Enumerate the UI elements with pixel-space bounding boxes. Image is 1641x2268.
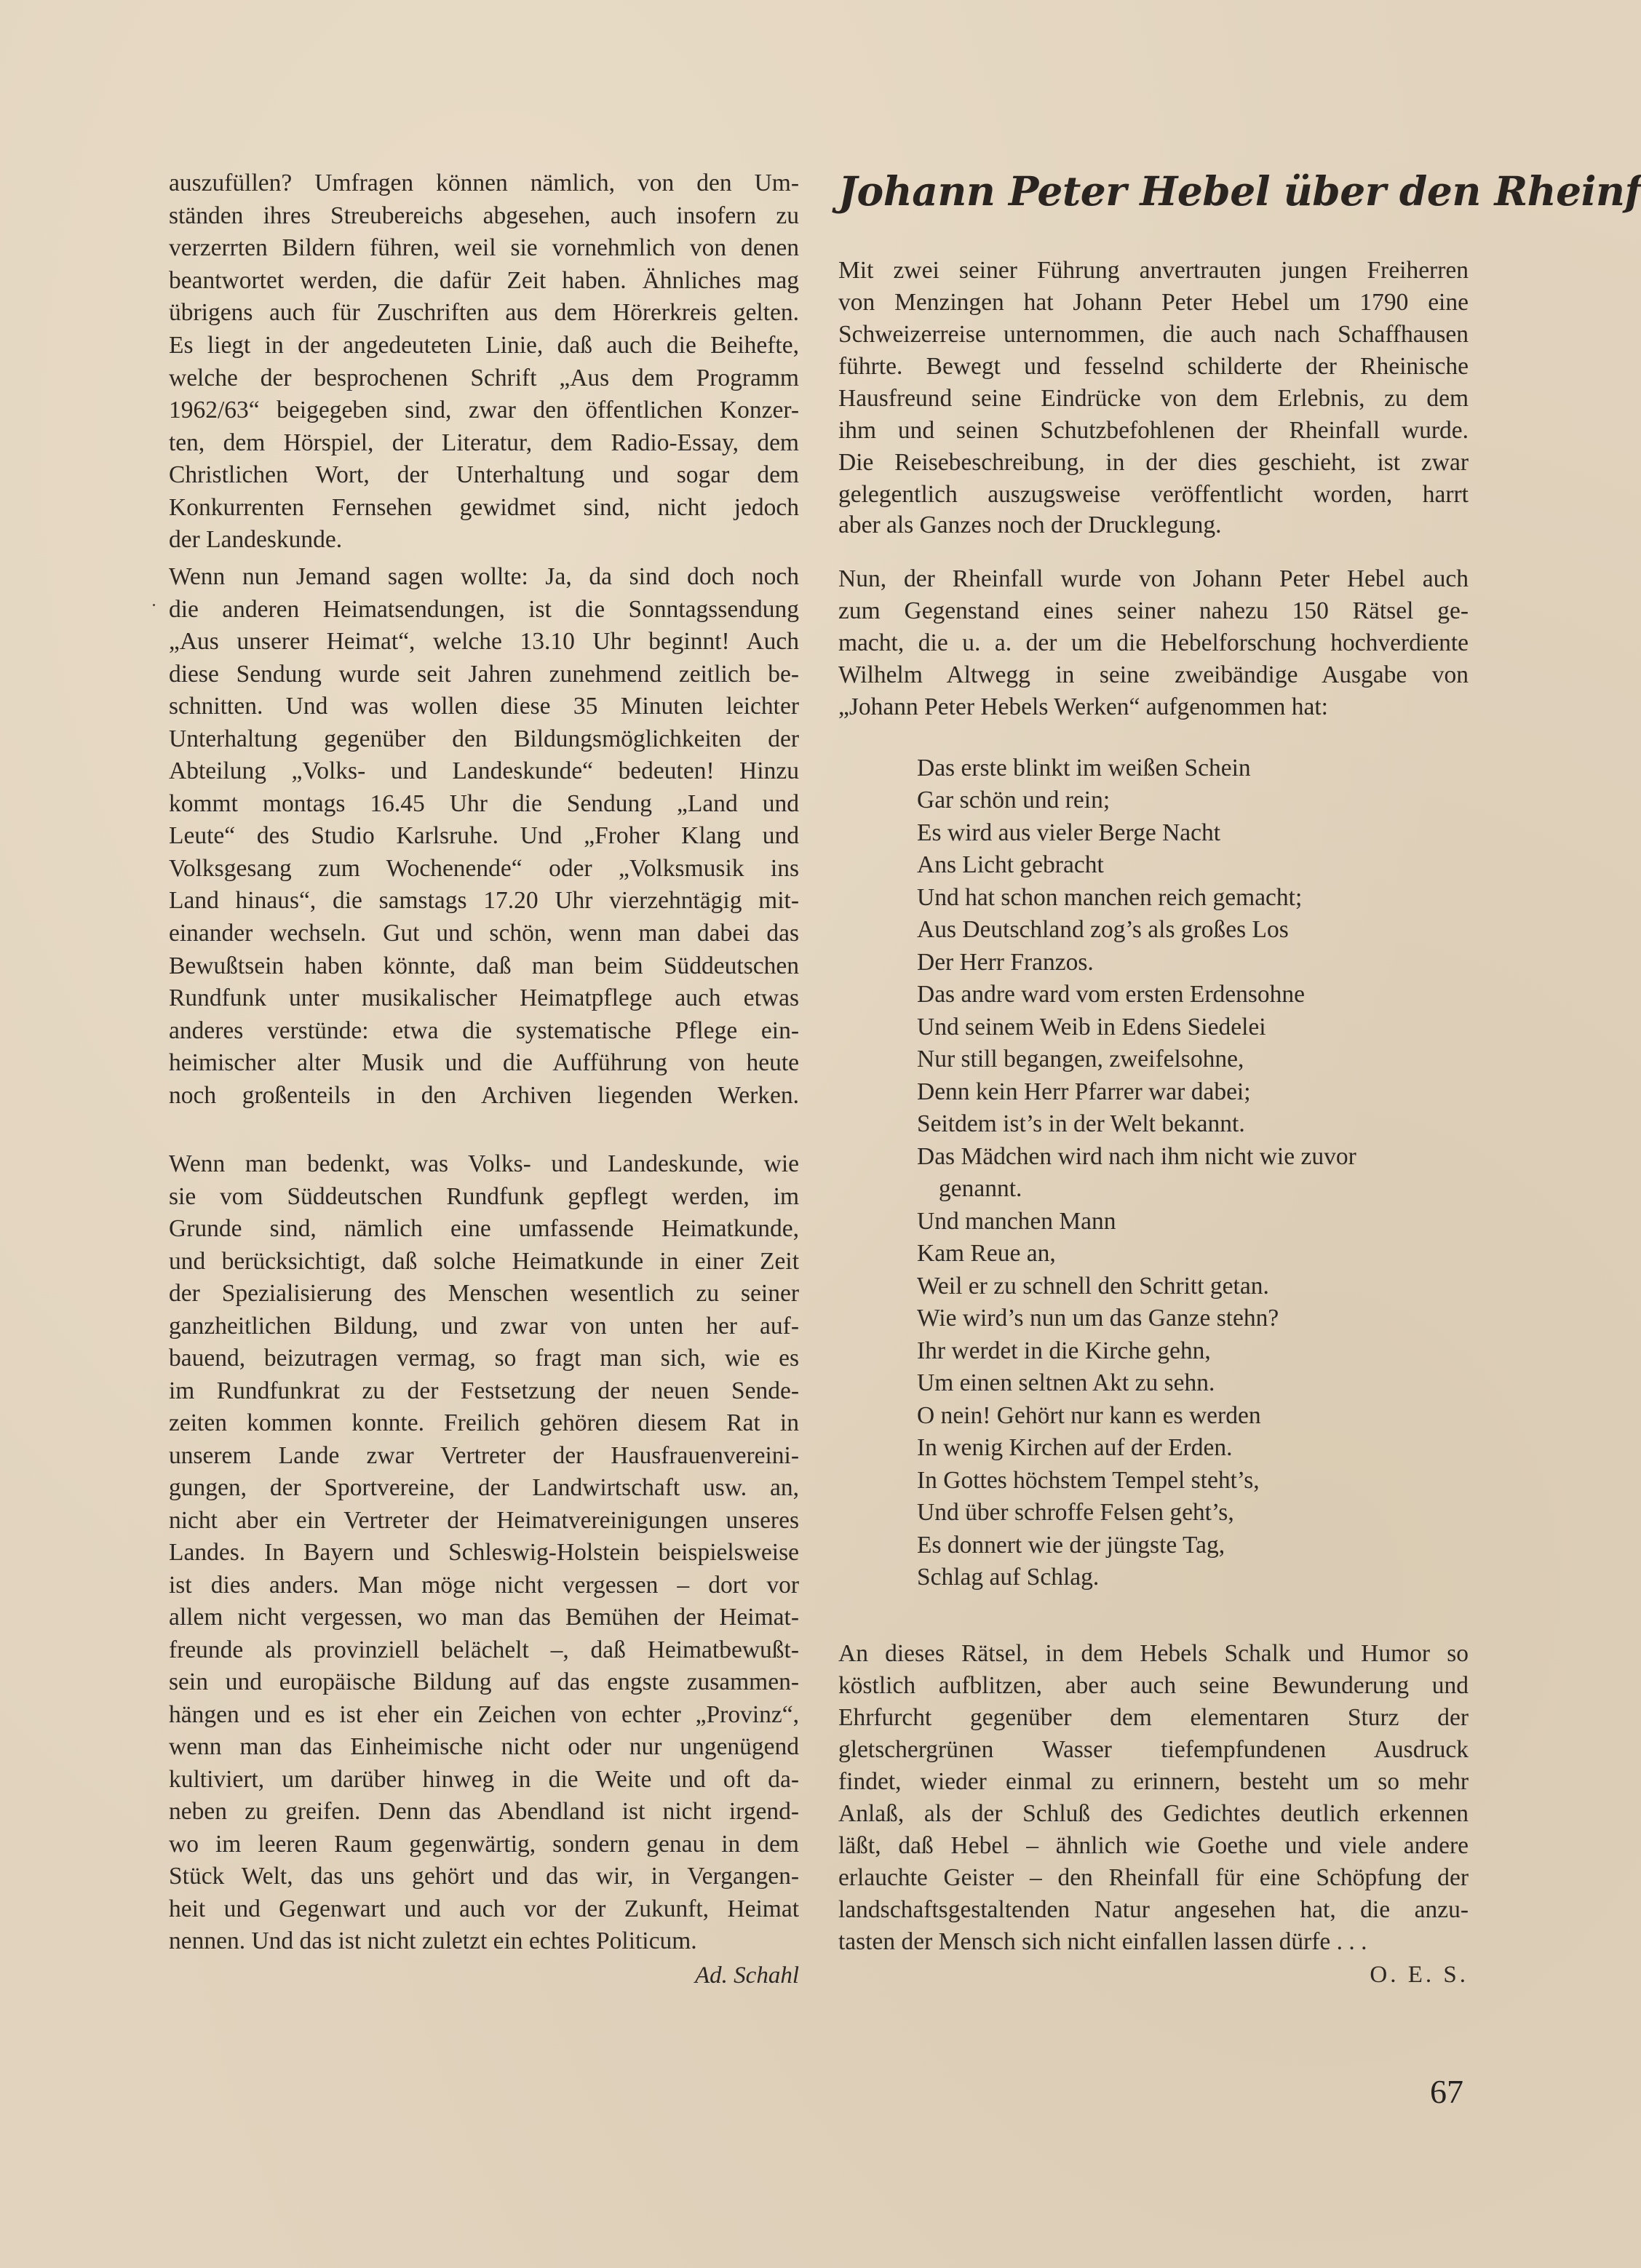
text-line: Wenn nun Jemand sagen wollte: Ja, da sin… bbox=[169, 562, 799, 592]
text-line: Die Reisebeschreibung, in der dies gesch… bbox=[838, 448, 1469, 477]
poem-line: Denn kein Herr Pfarrer war dabei; bbox=[917, 1078, 1251, 1107]
text-line: die anderen Heimatsendungen, ist die Son… bbox=[169, 595, 799, 624]
text-line: sein und europäische Bildung auf das eng… bbox=[169, 1668, 799, 1697]
poem-line: Das Mädchen wird nach ihm nicht wie zuvo… bbox=[917, 1142, 1356, 1171]
poem-line: Ans Licht gebracht bbox=[917, 851, 1104, 880]
poem-line: Weil er zu schnell den Schritt getan. bbox=[917, 1272, 1269, 1301]
text-line: gelegentlich auszugsweise veröffentlicht… bbox=[838, 480, 1469, 509]
author-initials: O. E. S. bbox=[1370, 1960, 1469, 1989]
text-line: von Menzingen hat Johann Peter Hebel um … bbox=[838, 288, 1469, 317]
text-line: Nun, der Rheinfall wurde von Johann Pete… bbox=[838, 565, 1469, 594]
text-line: läßt, daß Hebel – ähnlich wie Goethe und… bbox=[838, 1831, 1469, 1861]
poem-line: Gar schön und rein; bbox=[917, 786, 1110, 815]
text-line: hängen und es ist eher ein Zeichen von e… bbox=[169, 1700, 799, 1730]
text-line: neben zu greifen. Denn das Abendland ist… bbox=[169, 1797, 799, 1826]
text-line: gungen, der Sportvereine, der Landwirtsc… bbox=[169, 1473, 799, 1503]
text-line: Unterhaltung gegenüber den Bildungsmögli… bbox=[169, 725, 799, 754]
text-line: macht, die u. a. der um die Hebelforschu… bbox=[838, 629, 1469, 658]
text-line: freunde als provinziell belächelt –, daß… bbox=[169, 1636, 799, 1665]
text-line: tasten der Mensch sich nicht einfallen l… bbox=[838, 1927, 1469, 1957]
text-line: wenn man das Einheimische nicht oder nur… bbox=[169, 1732, 799, 1762]
text-line: welche der besprochenen Schrift „Aus dem… bbox=[169, 364, 799, 393]
text-line: beantwortet werden, die dafür Zeit haben… bbox=[169, 266, 799, 295]
text-line: und berücksichtigt, daß solche Heimatkun… bbox=[169, 1247, 799, 1276]
text-line: „Johann Peter Hebels Werken“ aufgenommen… bbox=[838, 693, 1469, 722]
text-line: landschaftsgestaltenden Natur angesehen … bbox=[838, 1895, 1469, 1925]
text-line: schnitten. Und was wollen diese 35 Minut… bbox=[169, 692, 799, 721]
poem-line: In Gottes höchstem Tempel steht’s, bbox=[917, 1466, 1260, 1495]
poem-line: In wenig Kirchen auf der Erden. bbox=[917, 1433, 1232, 1463]
text-line: findet, wieder einmal zu erinnern, beste… bbox=[838, 1767, 1469, 1797]
text-line: 1962/63“ beigegeben sind, zwar den öffen… bbox=[169, 396, 799, 425]
text-line: kultiviert, um darüber hinweg in die Wei… bbox=[169, 1765, 799, 1794]
text-line: übrigens auch für Zuschriften aus dem Hö… bbox=[169, 298, 799, 327]
text-line: Es liegt in der angedeuteten Linie, daß … bbox=[169, 331, 799, 360]
poem-line: Und seinem Weib in Edens Siedelei bbox=[917, 1013, 1266, 1042]
text-line: Wenn man bedenkt, was Volks- und Landesk… bbox=[169, 1150, 799, 1179]
poem-line: Wie wird’s nun um das Ganze stehn? bbox=[917, 1304, 1279, 1333]
text-line: Wilhelm Altwegg in seine zweibändige Aus… bbox=[838, 661, 1469, 690]
text-line: Volksgesang zum Wochenende“ oder „Volksm… bbox=[169, 854, 799, 883]
text-line: Bewußtsein haben könnte, daß man beim Sü… bbox=[169, 952, 799, 981]
poem-line: O nein! Gehört nur kann es werden bbox=[917, 1401, 1261, 1431]
text-line: ten, dem Hörspiel, der Literatur, dem Ra… bbox=[169, 429, 799, 458]
text-line: Anlaß, als der Schluß des Gedichtes deut… bbox=[838, 1799, 1469, 1829]
text-line: An dieses Rätsel, in dem Hebels Schalk u… bbox=[838, 1639, 1469, 1668]
text-line: ihm und seinen Schutzbefohlenen der Rhei… bbox=[838, 416, 1469, 445]
text-line: verzerrten Bildern führen, weil sie vorn… bbox=[169, 234, 799, 263]
text-line: Mit zwei seiner Führung anvertrauten jun… bbox=[838, 256, 1469, 285]
text-line: ganzheitlichen Bildung, und zwar von unt… bbox=[169, 1312, 799, 1341]
text-line: Grunde sind, nämlich eine umfassende Hei… bbox=[169, 1214, 799, 1244]
text-line: köstlich aufblitzen, aber auch seine Bew… bbox=[838, 1671, 1469, 1700]
text-line: unserem Lande zwar Vertreter der Hausfra… bbox=[169, 1441, 799, 1471]
article-title: Johann Peter Hebel über den Rheinfall bbox=[838, 166, 1469, 217]
poem-line: Kam Reue an, bbox=[917, 1239, 1056, 1268]
text-line: aber als Ganzes noch der Drucklegung. bbox=[838, 511, 1469, 540]
text-line: Abteilung „Volks- und Landeskunde“ bedeu… bbox=[169, 757, 799, 786]
text-line: allem nicht vergessen, wo man das Bemühe… bbox=[169, 1603, 799, 1632]
poem-line: Der Herr Franzos. bbox=[917, 948, 1094, 977]
poem-line: genannt. bbox=[939, 1174, 1022, 1203]
text-line: Konkurrenten Fernsehen gewidmet sind, ni… bbox=[169, 493, 799, 522]
text-line: Rundfunk unter musikalischer Heimatpfleg… bbox=[169, 984, 799, 1013]
text-line: Landes. In Bayern und Schleswig-Holstein… bbox=[169, 1538, 799, 1567]
text-line: Christlichen Wort, der Unterhaltung und … bbox=[169, 461, 799, 490]
text-line: diese Sendung wurde seit Jahren zunehmen… bbox=[169, 660, 799, 689]
text-line: Land hinaus“, die samstags 17.20 Uhr vie… bbox=[169, 886, 799, 915]
text-line: erlauchte Geister – den Rheinfall für ei… bbox=[838, 1863, 1469, 1893]
text-line: einander wechseln. Gut und schön, wenn m… bbox=[169, 919, 799, 948]
text-line: Hausfreund seine Eindrücke von dem Erleb… bbox=[838, 384, 1469, 413]
text-line: der Landeskunde. bbox=[169, 525, 799, 554]
text-line: ist dies anders. Man möge nicht vergesse… bbox=[169, 1571, 799, 1600]
poem-line: Das erste blinkt im weißen Schein bbox=[917, 754, 1251, 783]
poem-line: Um einen seltnen Akt zu sehn. bbox=[917, 1369, 1215, 1398]
text-line: wo im leeren Raum gegenwärtig, sondern g… bbox=[169, 1830, 799, 1859]
text-line: auszufüllen? Umfragen können nämlich, vo… bbox=[169, 169, 799, 198]
text-line: nennen. Und das ist nicht zuletzt ein ec… bbox=[169, 1927, 799, 1956]
text-line: heimischer alter Musik und die Aufführun… bbox=[169, 1049, 799, 1078]
text-line: Ehrfurcht gegenüber dem elementaren Stur… bbox=[838, 1703, 1469, 1732]
text-line: sie vom Süddeutschen Rundfunk gepflegt w… bbox=[169, 1182, 799, 1211]
poem-line: Das andre ward vom ersten Erdensohne bbox=[917, 980, 1305, 1009]
text-line: gletschergrünen Wasser tiefempfundenen A… bbox=[838, 1735, 1469, 1764]
poem-line: Ihr werdet in die Kirche gehn, bbox=[917, 1337, 1211, 1366]
text-line: heit und Gegenwart und auch vor der Zuku… bbox=[169, 1895, 799, 1924]
text-line: bauend, beizutragen vermag, so fragt man… bbox=[169, 1344, 799, 1373]
print-speck bbox=[153, 604, 155, 606]
poem-line: Nur still begangen, zweifelsohne, bbox=[917, 1045, 1244, 1074]
text-line: Leute“ des Studio Karlsruhe. Und „Froher… bbox=[169, 821, 799, 851]
text-line: noch großenteils in den Archiven liegend… bbox=[169, 1081, 799, 1110]
text-line: Stück Welt, das uns gehört und das wir, … bbox=[169, 1862, 799, 1891]
poem-line: Es donnert wie der jüngste Tag, bbox=[917, 1531, 1225, 1560]
poem-line: Schlag auf Schlag. bbox=[917, 1563, 1099, 1592]
poem-line: Und hat schon manchen reich gemacht; bbox=[917, 883, 1302, 912]
text-line: der Spezialisierung des Menschen wesentl… bbox=[169, 1279, 799, 1308]
text-line: Schweizerreise unternommen, die auch nac… bbox=[838, 320, 1469, 349]
text-line: kommt montags 16.45 Uhr die Sendung „Lan… bbox=[169, 789, 799, 819]
text-line: „Aus unserer Heimat“, welche 13.10 Uhr b… bbox=[169, 627, 799, 656]
poem-line: Es wird aus vieler Berge Nacht bbox=[917, 819, 1220, 848]
poem-line: Und über schroffe Felsen geht’s, bbox=[917, 1498, 1234, 1527]
author-signature: Ad. Schahl bbox=[695, 1961, 799, 1990]
text-line: führte. Bewegt und fesselnd schilderte d… bbox=[838, 352, 1469, 381]
text-line: ständen ihres Streubereichs abgesehen, a… bbox=[169, 202, 799, 231]
text-line: anderes verstünde: etwa die systematisch… bbox=[169, 1016, 799, 1046]
text-line: zum Gegenstand eines seiner nahezu 150 R… bbox=[838, 597, 1469, 626]
text-line: nicht aber ein Vertreter der Heimatverei… bbox=[169, 1506, 799, 1535]
poem-line: Und manchen Mann bbox=[917, 1207, 1116, 1236]
page-number: 67 bbox=[1430, 2074, 1463, 2110]
poem-line: Seitdem ist’s in der Welt bekannt. bbox=[917, 1110, 1245, 1139]
text-line: im Rundfunkrat zu der Festsetzung der ne… bbox=[169, 1377, 799, 1406]
poem-line: Aus Deutschland zog’s als großes Los bbox=[917, 915, 1289, 944]
text-line: zeiten kommen konnte. Freilich gehören d… bbox=[169, 1409, 799, 1438]
